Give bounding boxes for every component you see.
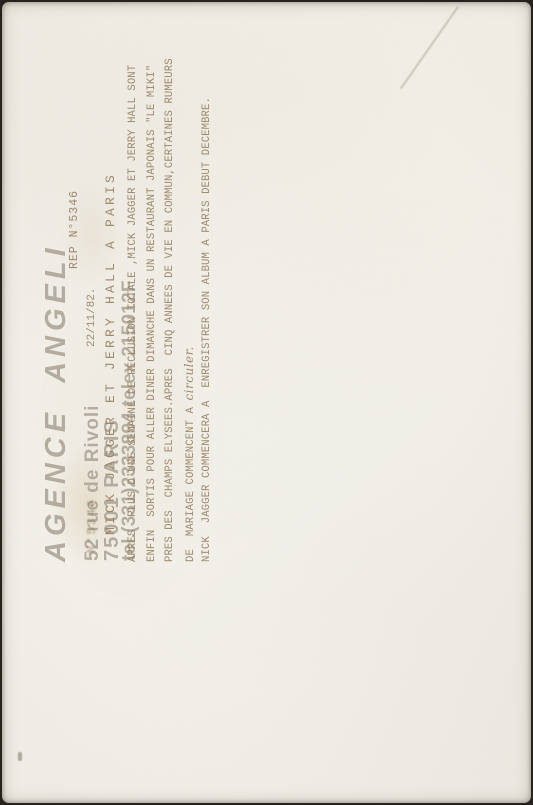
photo-back-paper: AGENCE ANGELI 52 rue de Rivoli 75001 PAR… [2,2,531,803]
caption-title: MICK JAGGER ET JERRY HALL A PARIS [103,172,118,535]
photo-scan: AGENCE ANGELI 52 rue de Rivoli 75001 PAR… [0,0,533,805]
caption-line: DE MARIAGE COMMENCENT A circuler. [182,346,197,562]
caption-line: PRES DES CHAMPS ELYSEES.APRES CINQ ANNEE… [164,58,176,562]
typed-date: 22/11/82. [86,288,98,347]
caption-line4-typed: DE MARIAGE COMMENCENT A [185,401,197,562]
caption-line4-script-word: circuler. [182,346,196,400]
caption-line: ENFIN SORTIS POUR ALLER DINER DIMANCHE D… [146,65,158,562]
caption-line: NICK JAGGER COMMENCERA A ENREGISTRER SON… [201,97,213,562]
rotated-content: AGENCE ANGELI 52 rue de Rivoli 75001 PAR… [2,2,531,803]
agency-stamp-name: AGENCE ANGELI [40,243,73,562]
faded-typed-overprint: N°5346 [85,498,99,553]
caption-line: APRES PLUS D'UNE SEMAINE DE RECLUSION TO… [127,65,139,562]
rep-number: REP N°5346 [68,190,81,269]
